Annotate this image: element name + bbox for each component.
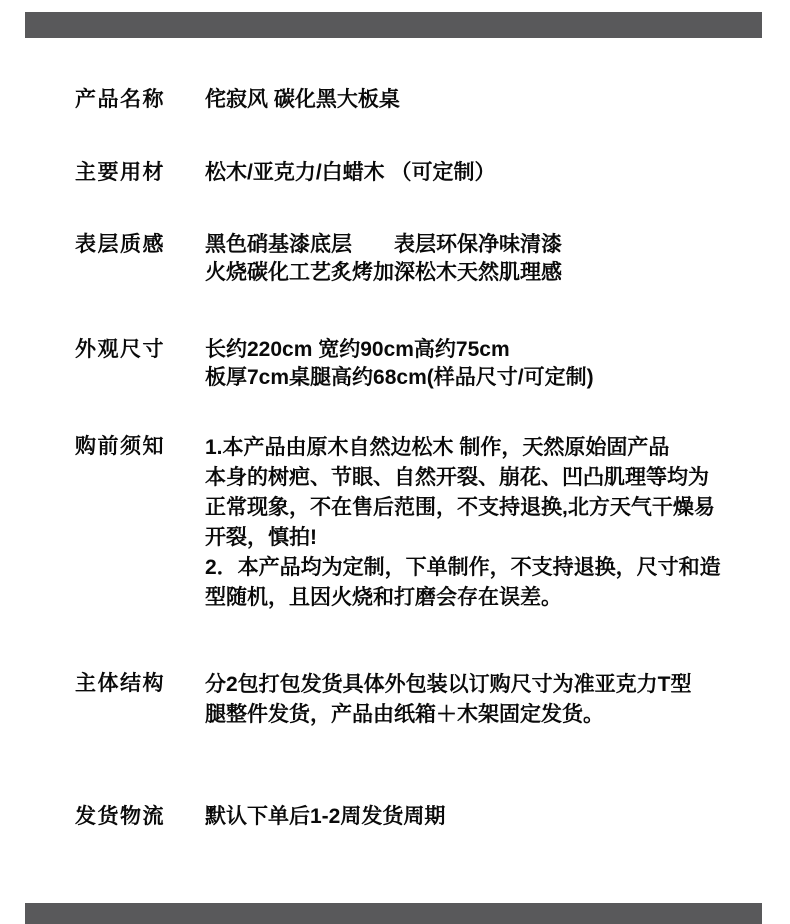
spec-line: 侘寂风 碳化黑大板桌 — [205, 86, 750, 114]
spec-line: 松木/亚克力/白蜡木 （可定制） — [205, 159, 750, 187]
spec-value: 松木/亚克力/白蜡木 （可定制） — [205, 159, 750, 187]
spec-value: 分2包打包发货具体外包装以订购尺寸为准亚克力T型 腿整件发货，产品由纸箱＋木架固… — [205, 670, 750, 730]
spec-label: 外观尺寸 — [75, 336, 200, 364]
top-divider-bar — [25, 12, 762, 38]
spec-label: 主要用材 — [75, 159, 200, 187]
spec-line: 默认下单后1-2周发货周期 — [205, 803, 750, 831]
spec-line: 1.本产品由原木自然边松木 制作，天然原始固产品 — [205, 433, 750, 463]
product-spec-sheet: 产品名称 侘寂风 碳化黑大板桌 主要用材 松木/亚克力/白蜡木 （可定制） 表层… — [0, 0, 790, 924]
spec-label: 发货物流 — [75, 803, 200, 831]
bottom-divider-bar — [25, 903, 762, 924]
spec-value: 黑色硝基漆底层 表层环保净味清漆 火烧碳化工艺炙烤加深松木天然肌理感 — [205, 231, 750, 287]
spec-line: 腿整件发货，产品由纸箱＋木架固定发货。 — [205, 700, 750, 730]
spec-line: 正常现象，不在售后范围，不支持退换,北方天气干燥易 — [205, 493, 750, 523]
spec-line: 火烧碳化工艺炙烤加深松木天然肌理感 — [205, 259, 750, 287]
spec-line: 分2包打包发货具体外包装以订购尺寸为准亚克力T型 — [205, 670, 750, 700]
spec-line: 型随机，且因火烧和打磨会存在误差。 — [205, 583, 750, 613]
spec-line: 黑色硝基漆底层 表层环保净味清漆 — [205, 231, 750, 259]
spec-line: 长约220cm 宽约90cm高约75cm — [205, 336, 750, 364]
spec-value: 侘寂风 碳化黑大板桌 — [205, 86, 750, 114]
spec-label: 表层质感 — [75, 231, 200, 259]
spec-label: 产品名称 — [75, 86, 200, 114]
spec-value: 长约220cm 宽约90cm高约75cm 板厚7cm桌腿高约68cm(样品尺寸/… — [205, 336, 750, 392]
spec-line: 板厚7cm桌腿高约68cm(样品尺寸/可定制) — [205, 364, 750, 392]
spec-line: 2．本产品均为定制，下单制作，不支持退换，尺寸和造 — [205, 553, 750, 583]
spec-line: 开裂，慎拍! — [205, 523, 750, 553]
spec-line: 本身的树疤、节眼、自然开裂、崩花、凹凸肌理等均为 — [205, 463, 750, 493]
spec-label: 购前须知 — [75, 433, 200, 461]
spec-value: 默认下单后1-2周发货周期 — [205, 803, 750, 831]
spec-label: 主体结构 — [75, 670, 200, 698]
spec-value: 1.本产品由原木自然边松木 制作，天然原始固产品 本身的树疤、节眼、自然开裂、崩… — [205, 433, 750, 613]
